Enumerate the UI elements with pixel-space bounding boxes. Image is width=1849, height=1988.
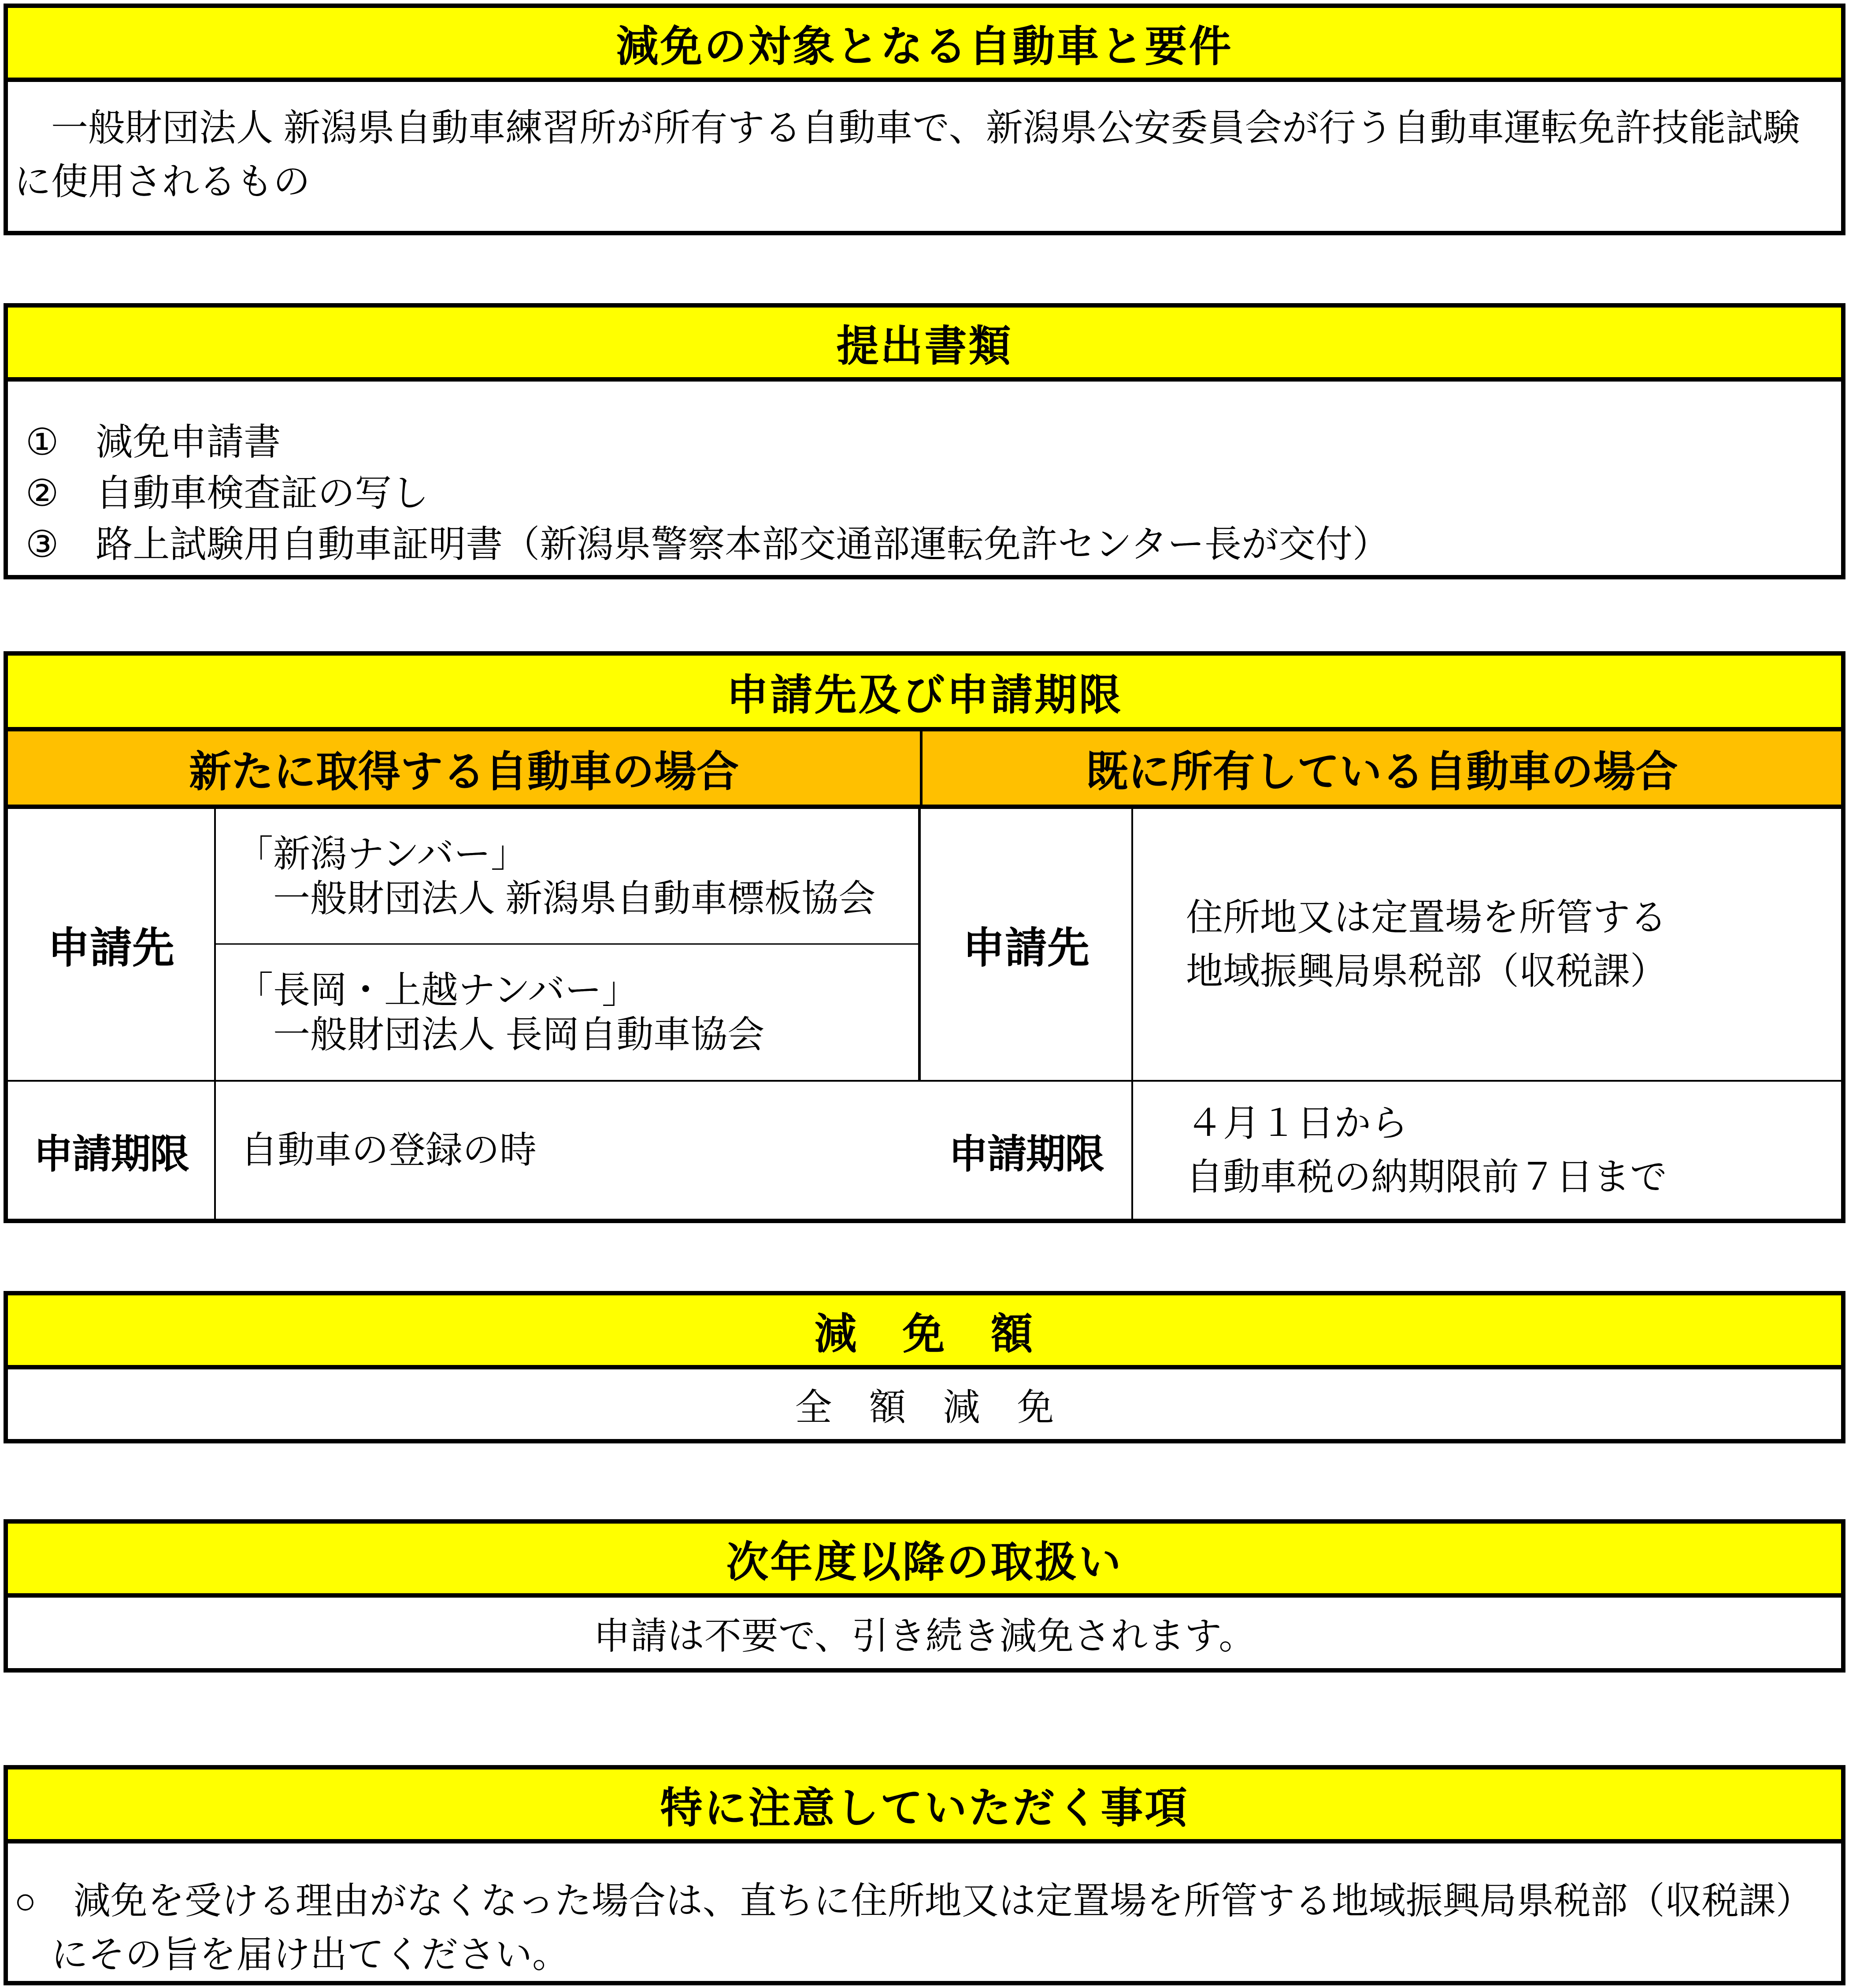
section-eligibility-body: 一般財団法人 新潟県自動車練習所が所有する自動車で、新潟県公安委員会が行う自動車… (8, 82, 1841, 209)
application-case-header-row: 新たに取得する自動車の場合 既に所有している自動車の場合 (8, 731, 1841, 809)
section-notes-header: 特に注意していただく事項 (8, 1769, 1841, 1843)
left-destination-label: 申請先 (8, 809, 216, 1080)
section-eligibility-title: 減免の対象となる自動車と要件 (616, 13, 1233, 73)
right-deadline-content: ４月１日から 自動車税の納期限前７日まで (1133, 1080, 1841, 1219)
left-destination-content: 「新潟ナンバー」 一般財団法人 新潟県自動車標板協会 「長岡・上越ナンバー」 一… (216, 809, 921, 1080)
section-next-year-body: 申請は不要で、引き続き減免されます。 (8, 1598, 1841, 1668)
section-eligibility: 減免の対象となる自動車と要件 一般財団法人 新潟県自動車練習所が所有する自動車で… (4, 4, 1845, 235)
destination-nagaoka-joetsu-number: 「長岡・上越ナンバー」 一般財団法人 長岡自動車協会 (216, 945, 918, 1080)
document-list-item: ① 減免申請書 (26, 417, 1830, 468)
case-header-owned-vehicle: 既に所有している自動車の場合 (923, 731, 1841, 805)
section-eligibility-header: 減免の対象となる自動車と要件 (8, 8, 1841, 82)
right-destination-content: 住所地又は定置場を所管する 地域振興局県税部（収税課） (1133, 809, 1841, 1080)
section-application: 申請先及び申請期限 新たに取得する自動車の場合 既に所有している自動車の場合 申… (4, 651, 1845, 1223)
section-next-year: 次年度以降の取扱い 申請は不要で、引き続き減免されます。 (4, 1519, 1845, 1673)
document-list-item: ② 自動車検査証の写し (26, 468, 1830, 519)
case-header-new-vehicle: 新たに取得する自動車の場合 (8, 731, 923, 805)
section-next-year-header: 次年度以降の取扱い (8, 1524, 1841, 1598)
section-notes: 特に注意していただく事項 ○ 減免を受ける理由がなくなった場合は、直ちに住所地又… (4, 1765, 1845, 1985)
left-deadline-label: 申請期限 (8, 1080, 216, 1219)
section-documents: 提出書類 ① 減免申請書 ② 自動車検査証の写し ③ 路上試験用自動車証明書（新… (4, 303, 1845, 579)
section-documents-body: ① 減免申請書 ② 自動車検査証の写し ③ 路上試験用自動車証明書（新潟県警察本… (8, 382, 1841, 570)
document-page: 減免の対象となる自動車と要件 一般財団法人 新潟県自動車練習所が所有する自動車で… (0, 0, 1849, 1988)
left-deadline-content: 自動車の登録の時 (216, 1080, 921, 1219)
section-amount-body: 全 額 減 免 (8, 1369, 1841, 1439)
destination-niigata-number: 「新潟ナンバー」 一般財団法人 新潟県自動車標板協会 (216, 809, 918, 945)
document-list-item: ③ 路上試験用自動車証明書（新潟県警察本部交通部運転免許センター長が交付） (26, 519, 1830, 570)
next-year-text: 申請は不要で、引き続き減免されます。 (593, 1606, 1256, 1660)
section-amount-title: 減 免 額 (815, 1300, 1035, 1361)
right-deadline-label: 申請期限 (921, 1080, 1133, 1219)
section-application-header: 申請先及び申請期限 (8, 656, 1841, 731)
section-documents-header: 提出書類 (8, 308, 1841, 382)
section-amount: 減 免 額 全 額 減 免 (4, 1291, 1845, 1443)
left-deadline-value: 自動車の登録の時 (241, 1124, 537, 1177)
right-destination-label: 申請先 (921, 809, 1133, 1080)
section-amount-header: 減 免 額 (8, 1295, 1841, 1369)
amount-value: 全 額 減 免 (795, 1378, 1054, 1431)
section-notes-body: ○ 減免を受ける理由がなくなった場合は、直ちに住所地又は定置場を所管する地域振興… (8, 1843, 1841, 1982)
section-next-year-title: 次年度以降の取扱い (726, 1528, 1123, 1589)
section-notes-title: 特に注意していただく事項 (660, 1774, 1189, 1835)
section-application-title: 申請先及び申請期限 (726, 661, 1123, 722)
section-documents-title: 提出書類 (837, 312, 1013, 373)
application-table-body: 申請先 「新潟ナンバー」 一般財団法人 新潟県自動車標板協会 「長岡・上越ナンバ… (8, 809, 1841, 1219)
